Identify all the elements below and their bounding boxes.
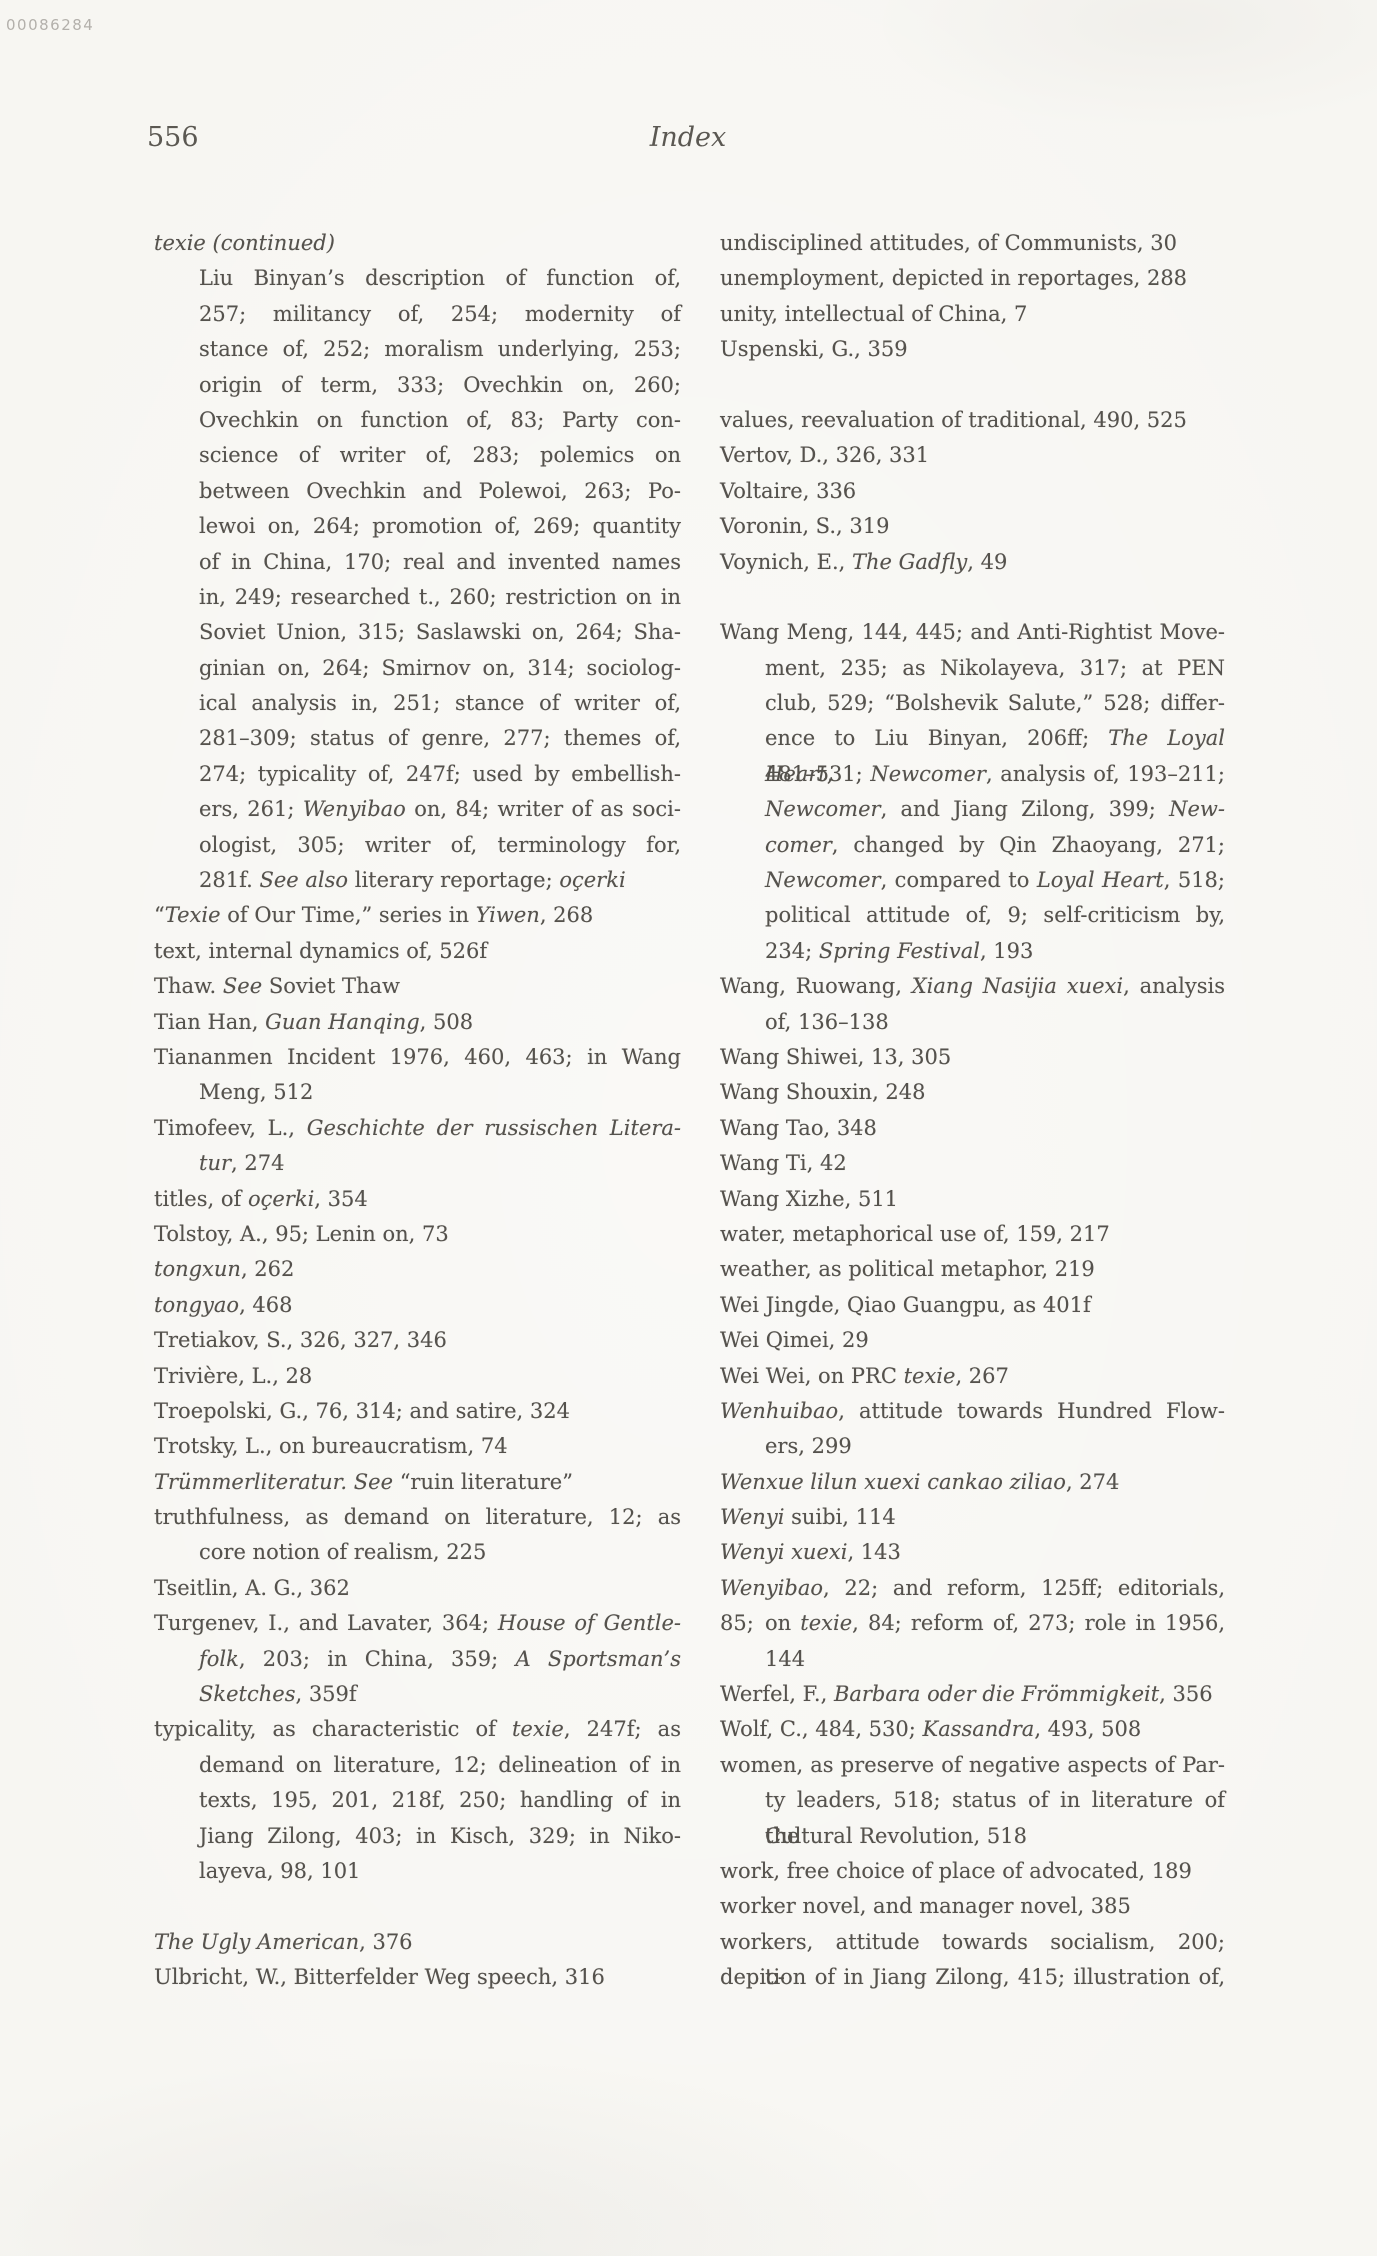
index-line: values, reevaluation of traditional, 490… xyxy=(720,403,1225,438)
index-line: Jiang Zilong, 403; in Kisch, 329; in Nik… xyxy=(154,1819,681,1854)
index-line: Tseitlin, A. G., 362 xyxy=(154,1571,681,1606)
index-line: Wang Meng, 144, 445; and Anti-Rightist M… xyxy=(720,615,1225,650)
index-line: Meng, 512 xyxy=(154,1075,681,1110)
index-line: unity, intellectual of China, 7 xyxy=(720,297,1225,332)
index-line: Soviet Union, 315; Saslawski on, 264; Sh… xyxy=(154,615,681,650)
index-line: worker novel, and manager novel, 385 xyxy=(720,1889,1225,1924)
index-line: Vertov, D., 326, 331 xyxy=(720,438,1225,473)
index-line: 234; Spring Festival, 193 xyxy=(720,934,1225,969)
index-line: women, as preserve of negative aspects o… xyxy=(720,1748,1225,1783)
page: { "page": { "scan_number": "00086284", "… xyxy=(0,0,1377,2256)
index-line: lewoi on, 264; promotion of, 269; quanti… xyxy=(154,509,681,544)
index-line: Newcomer, and Jiang Zilong, 399; New- xyxy=(720,792,1225,827)
index-line: The Ugly American, 376 xyxy=(154,1925,681,1960)
index-line: work, free choice of place of advocated,… xyxy=(720,1854,1225,1889)
page-title: Index xyxy=(154,120,1222,156)
index-line: 481–531; Newcomer, analysis of, 193–211; xyxy=(720,757,1225,792)
index-line: Ovechkin on function of, 83; Party con- xyxy=(154,403,681,438)
index-line: Wei Jingde, Qiao Guangpu, as 401f xyxy=(720,1288,1225,1323)
index-line: Wang Shiwei, 13, 305 xyxy=(720,1040,1225,1075)
index-section-gap xyxy=(720,580,1225,615)
index-line: stance of, 252; moralism underlying, 253… xyxy=(154,332,681,367)
index-line: ers, 261; Wenyibao on, 84; writer of as … xyxy=(154,792,681,827)
index-line: Trümmerliteratur. See “ruin literature” xyxy=(154,1465,681,1500)
index-line: Wang Tao, 348 xyxy=(720,1111,1225,1146)
index-line: Trivière, L., 28 xyxy=(154,1359,681,1394)
index-line: 281f. See also literary reportage; oçerk… xyxy=(154,863,681,898)
index-line: Voronin, S., 319 xyxy=(720,509,1225,544)
index-line: Wenhuibao, attitude towards Hundred Flow… xyxy=(720,1394,1225,1429)
index-line: political attitude of, 9; self-criticism… xyxy=(720,898,1225,933)
index-line: Wenyibao, 22; and reform, 125ff; editori… xyxy=(720,1571,1225,1606)
index-line: ers, 299 xyxy=(720,1429,1225,1464)
index-line: Ulbricht, W., Bitterfelder Weg speech, 3… xyxy=(154,1960,681,1995)
index-line: Troepolski, G., 76, 314; and satire, 324 xyxy=(154,1394,681,1429)
index-line: on texie, 84; reform of, 273; role in 19… xyxy=(720,1606,1225,1641)
index-line: texie (continued) xyxy=(154,226,681,261)
index-line: ginian on, 264; Smirnov on, 314; sociolo… xyxy=(154,651,681,686)
index-line: 257; militancy of, 254; modernity of xyxy=(154,297,681,332)
index-line: Uspenski, G., 359 xyxy=(720,332,1225,367)
index-line: Tiananmen Incident 1976, 460, 463; in Wa… xyxy=(154,1040,681,1075)
index-line: Wang Ti, 42 xyxy=(720,1146,1225,1181)
index-line: Cultural Revolution, 518 xyxy=(720,1819,1225,1854)
page-header: 556 Index xyxy=(154,120,1222,156)
index-line: ment, 235; as Nikolayeva, 317; at PEN xyxy=(720,651,1225,686)
index-line: ical analysis in, 251; stance of writer … xyxy=(154,686,681,721)
index-line: weather, as political metaphor, 219 xyxy=(720,1252,1225,1287)
index-line: Wenxue lilun xuexi cankao ziliao, 274 xyxy=(720,1465,1225,1500)
index-line: texts, 195, 201, 218f, 250; handling of … xyxy=(154,1783,681,1818)
index-line: tur, 274 xyxy=(154,1146,681,1181)
index-line: Wei Wei, on PRC texie, 267 xyxy=(720,1359,1225,1394)
index-line: Wolf, C., 484, 530; Kassandra, 493, 508 xyxy=(720,1712,1225,1747)
index-line: ence to Liu Binyan, 206ff; The Loyal Hea… xyxy=(720,721,1225,756)
index-line: Newcomer, compared to Loyal Heart, 518; xyxy=(720,863,1225,898)
index-line: layeva, 98, 101 xyxy=(154,1854,681,1889)
index-line: Wang Shouxin, 248 xyxy=(720,1075,1225,1110)
scan-id-stamp: 00086284 xyxy=(6,16,94,34)
index-line: Voynich, E., The Gadfly, 49 xyxy=(720,545,1225,580)
index-line: tion of in Jiang Zilong, 415; illustrati… xyxy=(720,1960,1225,1995)
index-line: club, 529; “Bolshevik Salute,” 528; diff… xyxy=(720,686,1225,721)
index-line: Voltaire, 336 xyxy=(720,474,1225,509)
index-line: Liu Binyan’s description of function of, xyxy=(154,261,681,296)
page-number: 556 xyxy=(147,120,199,156)
index-line: demand on literature, 12; delineation of… xyxy=(154,1748,681,1783)
index-line: 281–309; status of genre, 277; themes of… xyxy=(154,721,681,756)
index-line: 144 xyxy=(720,1642,1225,1677)
index-line: Trotsky, L., on bureaucratism, 74 xyxy=(154,1429,681,1464)
index-line: of in China, 170; real and invented name… xyxy=(154,545,681,580)
index-line: Werfel, F., Barbara oder die Frömmigkeit… xyxy=(720,1677,1225,1712)
index-section-gap xyxy=(720,368,1225,403)
index-line: science of writer of, 283; polemics on xyxy=(154,438,681,473)
index-line: 274; typicality of, 247f; used by embell… xyxy=(154,757,681,792)
index-line: Wenyi suibi, 114 xyxy=(720,1500,1225,1535)
index-line: of, 136–138 xyxy=(720,1005,1225,1040)
index-line: origin of term, 333; Ovechkin on, 260; xyxy=(154,368,681,403)
index-line: Tian Han, Guan Hanqing, 508 xyxy=(154,1005,681,1040)
index-line: workers, attitude towards socialism, 200… xyxy=(720,1925,1225,1960)
index-line: Wang Xizhe, 511 xyxy=(720,1182,1225,1217)
index-line: Tretiakov, S., 326, 327, 346 xyxy=(154,1323,681,1358)
index-line: water, metaphorical use of, 159, 217 xyxy=(720,1217,1225,1252)
index-line: tongyao, 468 xyxy=(154,1288,681,1323)
index-column-left: texie (continued)Liu Binyan’s descriptio… xyxy=(154,226,681,1996)
index-line: text, internal dynamics of, 526f xyxy=(154,934,681,969)
index-line: truthfulness, as demand on literature, 1… xyxy=(154,1500,681,1535)
index-line: Tolstoy, A., 95; Lenin on, 73 xyxy=(154,1217,681,1252)
index-line: folk, 203; in China, 359; A Sportsman’s xyxy=(154,1642,681,1677)
index-line: Turgenev, I., and Lavater, 364; House of… xyxy=(154,1606,681,1641)
index-line: between Ovechkin and Polewoi, 263; Po- xyxy=(154,474,681,509)
index-column-right: undisciplined attitudes, of Communists, … xyxy=(720,226,1225,1996)
index-line: Wei Qimei, 29 xyxy=(720,1323,1225,1358)
index-line: Timofeev, L., Geschichte der russischen … xyxy=(154,1111,681,1146)
index-line: unemployment, depicted in reportages, 28… xyxy=(720,261,1225,296)
index-line: “Texie of Our Time,” series in Yiwen, 26… xyxy=(154,898,681,933)
index-line: ty leaders, 518; status of in literature… xyxy=(720,1783,1225,1818)
index-line: Sketches, 359f xyxy=(154,1677,681,1712)
index-line: ologist, 305; writer of, terminology for… xyxy=(154,828,681,863)
index-section-gap xyxy=(154,1889,681,1924)
index-line: undisciplined attitudes, of Communists, … xyxy=(720,226,1225,261)
index-line: core notion of realism, 225 xyxy=(154,1535,681,1570)
index-line: in, 249; researched t., 260; restriction… xyxy=(154,580,681,615)
index-line: titles, of oçerki, 354 xyxy=(154,1182,681,1217)
index-line: Wenyi xuexi, 143 xyxy=(720,1535,1225,1570)
index-line: Thaw. See Soviet Thaw xyxy=(154,969,681,1004)
index-line: comer, changed by Qin Zhaoyang, 271; xyxy=(720,828,1225,863)
index-line: typicality, as characteristic of texie, … xyxy=(154,1712,681,1747)
index-line: tongxun, 262 xyxy=(154,1252,681,1287)
index-line: Wang, Ruowang, Xiang Nasijia xuexi, anal… xyxy=(720,969,1225,1004)
